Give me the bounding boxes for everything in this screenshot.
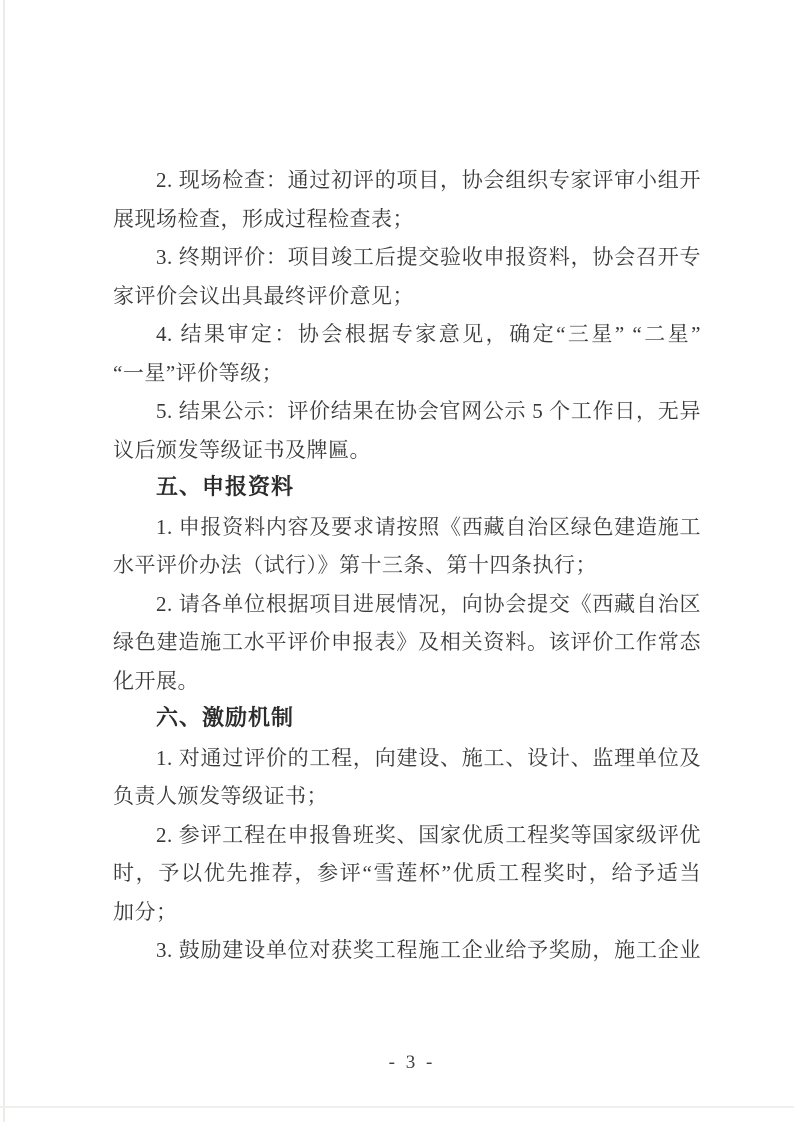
text-line: “一星”评价等级； <box>113 354 701 393</box>
scan-artifact-bottom-edge <box>0 1106 794 1108</box>
document-page: 2. 现场检查：通过初评的项目，协会组织专家评审小组开展现场检查，形成过程检查表… <box>0 0 794 1122</box>
text-line: 3. 鼓励建设单位对获奖工程施工企业给予奖励，施工企业 <box>113 931 701 970</box>
text-line: 加分； <box>113 893 701 932</box>
text-line: 1. 申报资料内容及要求请按照《西藏自治区绿色建造施工 <box>113 508 701 547</box>
text-line: 家评价会议出具最终评价意见； <box>113 277 701 316</box>
text-line: 5. 结果公示：评价结果在协会官网公示 5 个工作日，无异 <box>113 392 701 431</box>
text-line: 2. 请各单位根据项目进展情况，向协会提交《西藏自治区 <box>113 585 701 624</box>
scan-artifact-left-edge <box>3 0 5 1122</box>
text-line: 4. 结果审定：协会根据专家意见，确定“三星” “二星” <box>113 315 701 354</box>
text-line: 2. 参评工程在申报鲁班奖、国家优质工程奖等国家级评优 <box>113 816 701 855</box>
section-heading: 六、激励机制 <box>113 700 701 739</box>
text-line: 展现场检查，形成过程检查表； <box>113 200 701 239</box>
text-line: 1. 对通过评价的工程，向建设、施工、设计、监理单位及 <box>113 739 701 778</box>
document-body: 2. 现场检查：通过初评的项目，协会组织专家评审小组开展现场检查，形成过程检查表… <box>113 161 701 970</box>
text-line: 负责人颁发等级证书； <box>113 777 701 816</box>
text-line: 时，予以优先推荐，参评“雪莲杯”优质工程奖时，给予适当 <box>113 854 701 893</box>
text-line: 2. 现场检查：通过初评的项目，协会组织专家评审小组开 <box>113 161 701 200</box>
text-line: 水平评价办法（试行）》第十三条、第十四条执行； <box>113 546 701 585</box>
text-line: 3. 终期评价：项目竣工后提交验收申报资料，协会召开专 <box>113 238 701 277</box>
page-number: - 3 - <box>15 1052 794 1074</box>
text-line: 化开展。 <box>113 662 701 701</box>
text-line: 议后颁发等级证书及牌匾。 <box>113 431 701 470</box>
text-line: 绿色建造施工水平评价申报表》及相关资料。该评价工作常态 <box>113 623 701 662</box>
section-heading: 五、申报资料 <box>113 469 701 508</box>
